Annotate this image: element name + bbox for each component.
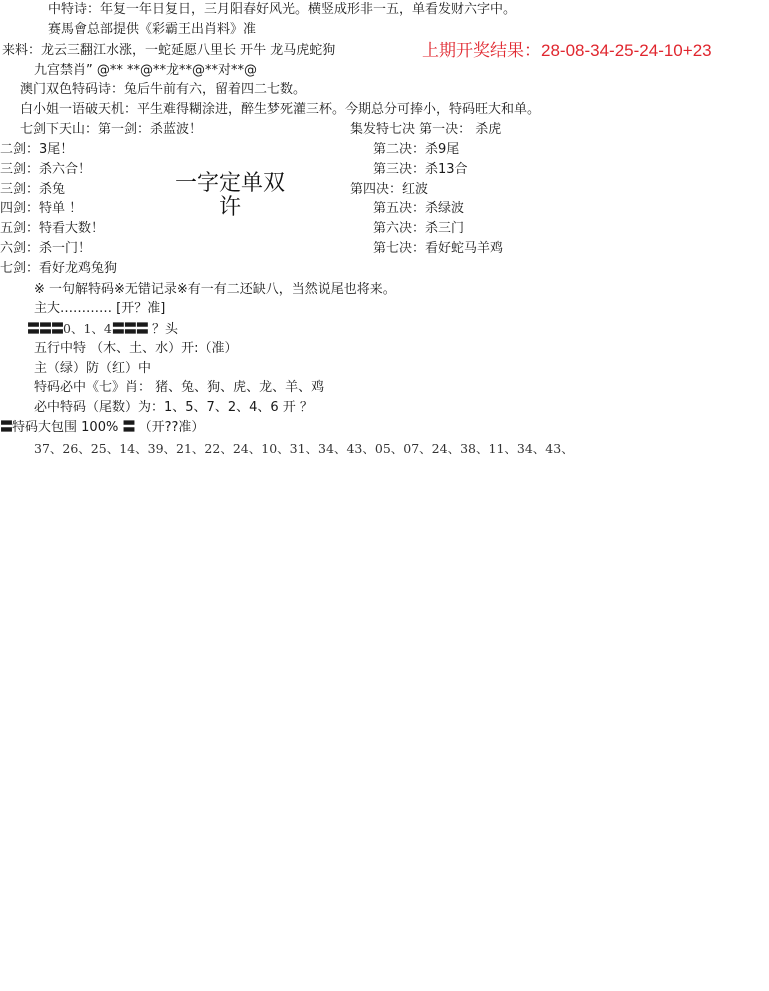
decor-bars-right: 〓〓〓 bbox=[112, 321, 148, 339]
seven-zodiac: 特码必中《七》肖： 猪、兔、狗、虎、龙、羊、鸡 bbox=[34, 379, 324, 397]
decor-bar-right: 〓 bbox=[122, 419, 134, 437]
head-values: 0、1、4 bbox=[63, 321, 112, 336]
headline-line2: 许 bbox=[168, 196, 292, 220]
head-numbers: 〓〓〓0、1、4〓〓〓 ？头 bbox=[27, 320, 178, 339]
one-line-hint: ※ 一句解特码※无错记录※有一有二还缺八，当然说尾也将来。 bbox=[34, 281, 396, 299]
sword-item: 三剑：杀六合！ bbox=[0, 161, 91, 179]
last-draw-result: 上期开奖结果：28-08-34-25-24-10+23 bbox=[422, 40, 712, 62]
headline-line1: 一字定单双 bbox=[168, 172, 292, 196]
secret-item: 第二决：杀9尾 bbox=[373, 141, 459, 159]
sword-item: 六剑：杀一门！ bbox=[0, 240, 91, 258]
sword-item: 四剑：特单 ！ bbox=[0, 200, 82, 218]
five-elements: 五行中特 （木、土、水）开:（准） bbox=[34, 340, 238, 358]
source-banner: 赛馬會总部提供《彩霸王出肖料》准 bbox=[48, 21, 256, 39]
sword-item: 二剑：3尾！ bbox=[0, 141, 73, 159]
full-cover-title: 〓特码大包围 100% 〓 （开??准） bbox=[0, 419, 204, 437]
number-list: 37、26、25、14、39、21、22、24、10、31、34、43、05、0… bbox=[34, 440, 574, 458]
sword-item: 三剑：杀兔 bbox=[0, 181, 65, 199]
secret-item: 第三决：杀13合 bbox=[373, 161, 468, 179]
seven-swords-title: 七剑下天山：第一剑：杀蓝波！ bbox=[20, 121, 202, 139]
sword-item: 五剑：特看大数！ bbox=[0, 220, 104, 238]
main-big: 主大………… [开？准] bbox=[34, 300, 165, 318]
full-cover-suffix: （开??准） bbox=[134, 420, 204, 435]
secret-item: 第七决：看好蛇马羊鸡 bbox=[373, 240, 503, 258]
headline: 一字定单双 许 bbox=[168, 172, 292, 220]
decor-bar-left: 〓 bbox=[0, 419, 12, 437]
baixiaojie-hint: 白小姐一语破天机：平生难得糊涂进，醉生梦死灌三杯。今期总分可捧小，特码旺大和单。 bbox=[20, 101, 540, 119]
last-draw-numbers: 28-08-34-25-24-10+23 bbox=[541, 41, 712, 60]
secret-item: 第五决：杀绿波 bbox=[373, 200, 464, 218]
macau-poem: 澳门双色特码诗：兔后牛前有六，留着四二七数。 bbox=[20, 81, 306, 99]
tail-numbers: 必中特码（尾数）为：1、5、7、2、4、6 开 ？ bbox=[34, 399, 313, 417]
secret-item: 第六决：杀三门 bbox=[373, 220, 464, 238]
source-text: 来料：龙云三翻江水涨，一蛇延愿八里长 开牛 龙马虎蛇狗 bbox=[2, 42, 335, 60]
prediction-poem: 中特诗：年复一年日复日，三月阳春好风光。横竖成形非一五，单看发财六字中。 bbox=[48, 1, 516, 19]
secret-item: 第四决：红波 bbox=[350, 181, 428, 199]
last-draw-label: 上期开奖结果： bbox=[422, 41, 541, 60]
seven-secrets-title: 集发特七决 第一决： 杀虎 bbox=[350, 121, 501, 139]
wave-color: 主（绿）防（红）中 bbox=[34, 360, 151, 378]
forbidden-zodiac: 九宫禁肖” @** **@**龙**@**对**@ bbox=[34, 62, 257, 80]
head-suffix: ？头 bbox=[148, 322, 178, 337]
full-cover-label: 特码大包围 100% bbox=[12, 420, 122, 435]
decor-bars-left: 〓〓〓 bbox=[27, 321, 63, 339]
sword-item: 七剑：看好龙鸡兔狗 bbox=[0, 260, 117, 278]
